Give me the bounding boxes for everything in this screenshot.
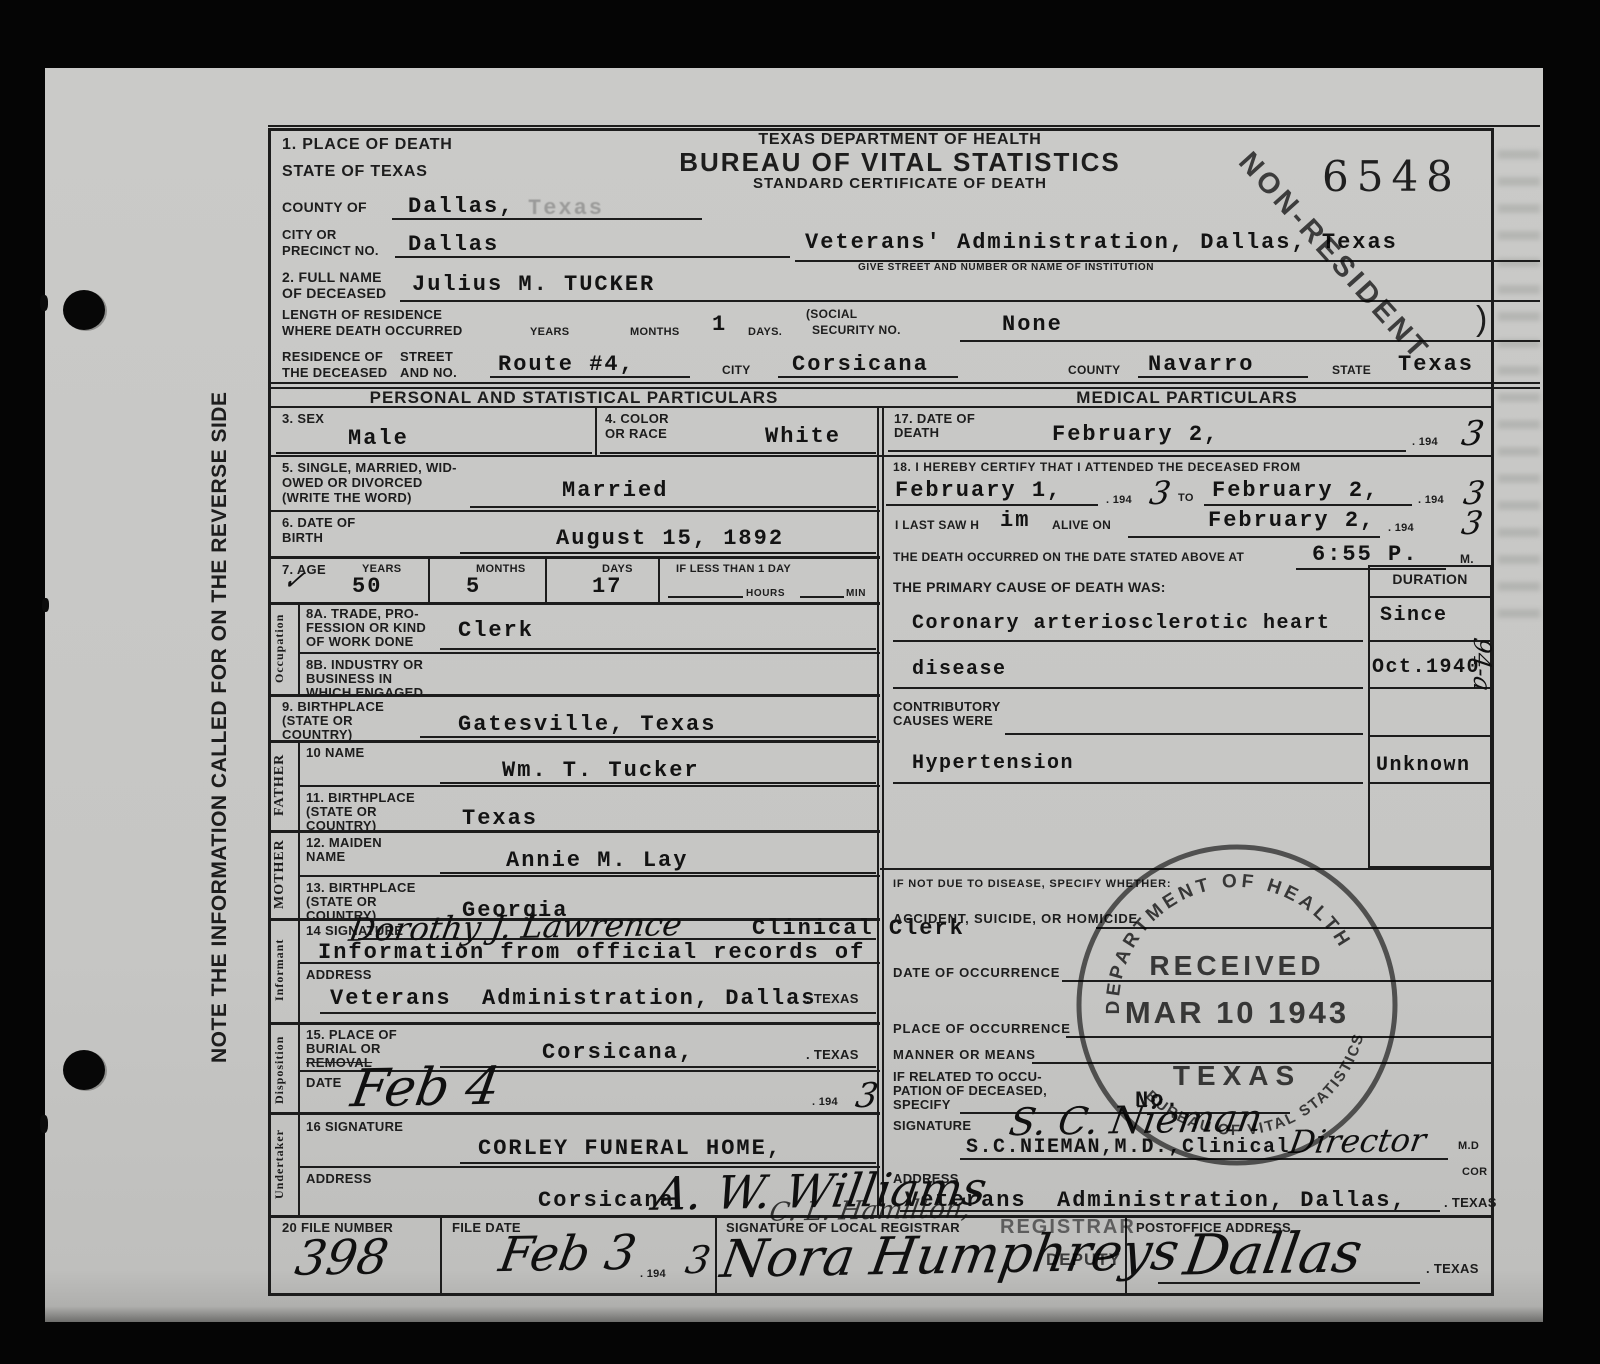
sex-value: Male [348,426,409,451]
physician-signature-label: SIGNATURE [893,1119,971,1134]
birth-date-label-2: BIRTH [282,531,323,546]
field-line [893,782,1363,784]
duration-value-1: Since [1380,604,1448,627]
row-divider [268,556,880,559]
full-name-label-2: OF DECEASED [282,286,386,302]
side-strip-divider [298,740,300,1215]
county-ghost-value: Texas [528,196,604,221]
death-date-value: February 2, [1052,422,1219,447]
received-stamp-bottom-arc: BUREAU OF VITAL STATISTICS [1140,1027,1387,1167]
cause-value-1: Coronary arteriosclerotic heart [912,612,1331,635]
attended-to-value: February 2, [1212,478,1379,503]
age-checkmark: ✓ [281,566,308,596]
state-of-texas-label: STATE OF TEXAS [282,163,428,181]
registrar-stamp: REGISTRAR [1000,1216,1136,1239]
street-label-2: AND NO. [400,366,457,381]
field-line [276,452,592,454]
informant-address-label: ADDRESS [306,968,372,983]
field-line [320,1012,876,1014]
row-divider [1368,596,1492,598]
residence-of-label-2: THE DECEASED [282,366,387,381]
column-divider [882,406,884,1215]
row-divider [1368,735,1492,737]
row-divider [298,652,880,654]
death-time-value: 6:55 P. [1312,542,1418,567]
field-line [1128,536,1380,538]
duration-value-3: Unknown [1376,754,1471,777]
city2-value: Corsicana [792,352,929,377]
occupation-related-label-3: SPECIFY [893,1098,951,1113]
field-line [1005,733,1363,735]
age-min-label: MIN [846,588,866,599]
field-line [960,340,1540,342]
death-year-printed: . 194 [1412,436,1438,448]
trade-label-3: OF WORK DONE [306,635,414,650]
manner-means-label: MANNER OR MEANS [893,1048,1036,1063]
county2-label: COUNTY [1068,364,1120,377]
residence-length-label-2: WHERE DEATH OCCURRED [282,324,463,339]
undertaker-value: CORLEY FUNERAL HOME, [478,1136,782,1161]
social-value: None [1002,312,1063,337]
received-stamp: DEPARTMENT OF HEALTH BUREAU OF VITAL STA… [1067,835,1407,1175]
margin-handwritten-code: 94-a [1468,636,1496,693]
marital-value: Married [562,478,668,503]
section-divider [268,382,1540,384]
file-number-value: 398 [291,1229,392,1287]
duration-label: DURATION [1368,572,1492,588]
county-value: Dallas, [408,194,514,219]
row-divider [298,875,880,877]
full-name-label-1: 2. FULL NAME [282,270,382,286]
file-year-printed: . 194 [640,1268,666,1280]
street-label-1: STREET [400,350,453,365]
age-years-value: 50 [352,574,382,599]
state2-label: STATE [1332,364,1371,377]
city-value: Dallas [408,232,499,257]
field-line [470,506,876,508]
deputy-stamp: DEPUTY [1046,1250,1121,1270]
field-line [893,640,1363,642]
marital-label-2: OWED OR DIVORCED [282,476,423,491]
field-line [886,504,1098,506]
maiden-value: Annie M. Lay [506,848,688,873]
margin-note: NOTE THE INFORMATION CALLED FOR ON THE R… [208,320,232,1135]
row-divider [298,785,880,787]
band-medical: MEDICAL PARTICULARS [880,388,1494,407]
age-hours-label: HOURS [746,588,785,599]
field-line [1204,504,1412,506]
attended-from-194: . 194 [1106,494,1132,506]
cell-divider [658,556,660,602]
burial-place-value: Corsicana, [542,1040,694,1065]
social-label-2: SECURITY NO. [812,324,901,337]
row-divider [880,455,1494,457]
father-name-value: Wm. T. Tucker [502,758,700,783]
county2-value: Navarro [1148,352,1254,377]
header-bureau: BUREAU OF VITAL STATISTICS [640,148,1160,177]
edge-speck [40,1115,48,1133]
field-line [600,452,876,454]
undertaker-signature-label: 16 SIGNATURE [306,1120,403,1135]
row-divider [268,510,880,512]
contributory-label-2: CAUSES WERE [893,714,993,729]
received-stamp-line2: MAR 10 1943 [1125,995,1349,1030]
father-name-label: 10 NAME [306,746,364,761]
birth-date-label-1: 6. DATE OF [282,516,356,531]
last-saw-pre-label: I LAST SAW H [895,519,979,532]
marital-label-1: 5. SINGLE, MARRIED, WID- [282,461,457,476]
hole-punch [63,1050,105,1090]
color-value: White [765,424,841,449]
side-label-informant: Informant [272,920,287,1020]
place-occurrence-label: PLACE OF OCCURRENCE [893,1022,1071,1037]
last-saw-post-label: ALIVE ON [1052,519,1111,532]
last-saw-im-typed: im [1000,508,1030,533]
burial-date-handwritten: Feb 4 [347,1057,504,1120]
full-name-value: Julius M. TUCKER [412,272,655,297]
undertaker-address-label: ADDRESS [306,1172,372,1187]
color-label-2: OR RACE [605,427,667,442]
burial-place-state: . TEXAS [806,1048,859,1063]
row-divider [268,1022,880,1025]
side-label-father: FATHER [272,742,288,828]
row-divider [268,740,880,743]
age-less-label: IF LESS THAN 1 DAY [676,563,791,575]
informant-address-value: Veterans Administration, Dallas [330,986,816,1011]
city-label-1: CITY OR [282,228,337,243]
burial-date-label: DATE [306,1076,342,1091]
row-divider [1368,782,1492,784]
undertaker-address-signature: A. W. Williams [650,1161,990,1221]
years-label: YEARS [530,326,569,338]
age-months-label: MONTHS [476,563,525,575]
contributory-value: Hypertension [912,752,1074,775]
field-line [668,596,743,598]
header-subtitle: STANDARD CERTIFICATE OF DEATH [660,176,1140,193]
trade-value: Clerk [458,618,534,643]
certificate-number: 6548 [1322,152,1461,201]
sex-label: 3. SEX [282,412,324,427]
cause-value-2: disease [912,658,1007,681]
cell-divider [545,556,547,602]
field-line [440,648,876,650]
side-strip-divider [298,602,300,694]
last-saw-194: . 194 [1388,522,1414,534]
received-stamp-line3: TEXAS [1173,1060,1301,1091]
residence-length-label-1: LENGTH OF RESIDENCE [282,308,442,323]
attended-to-label: TO [1178,492,1194,504]
edge-speck [40,295,48,311]
field-line [888,450,1406,452]
side-label-disposition: Disposition [272,1024,287,1116]
side-label-occupation: Occupation [272,604,287,692]
field-1-label: 1. PLACE OF DEATH [282,136,453,154]
age-months-value: 5 [466,574,481,599]
edge-speck [42,598,49,612]
informant-title-value: Clinical Clerk [752,916,965,941]
county-label: COUNTY OF [282,200,367,216]
death-date-label-2: DEATH [894,426,939,441]
field-line [893,687,1363,689]
received-stamp-line1: RECEIVED [1149,950,1324,981]
burial-year-printed: . 194 [812,1096,838,1108]
md-label: M.D [1458,1140,1479,1152]
duration-value-2: Oct.1940 [1372,656,1480,679]
cell-divider [428,556,430,602]
social-label-1: (SOCIAL [806,308,857,321]
field-line [440,1066,876,1068]
band-personal: PERSONAL AND STATISTICAL PARTICULARS [268,388,880,407]
death-time-m-label: M. [1460,553,1474,566]
date-occurrence-label: DATE OF OCCURRENCE [893,966,1060,981]
days-label: DAYS. [748,326,782,338]
city2-label: CITY [722,364,751,377]
row-divider [268,602,880,605]
hole-punch [63,290,105,330]
institution-hint: GIVE STREET AND NUMBER OR NAME OF INSTIT… [858,262,1154,273]
row-divider [268,455,880,457]
field-line [268,125,1540,127]
informant-signature-handwritten: Dorothy J. Lawrence [346,905,684,949]
primary-cause-label: THE PRIMARY CAUSE OF DEATH WAS: [893,580,1166,596]
paper-bottom-shadow [45,1306,1543,1322]
father-birthplace-label-3: COUNTRY) [306,819,377,834]
cell-divider [595,406,597,455]
field-line [460,552,876,554]
cell-divider [440,1215,442,1296]
physician-address-state: . TEXAS [1444,1196,1497,1211]
street-value: Route #4, [498,352,635,377]
side-label-undertaker: Undertaker [272,1116,287,1212]
closing-paren: ) [1476,300,1488,338]
birthplace-label-3: COUNTRY) [282,728,353,743]
father-birthplace-value: Texas [462,806,538,831]
certify-label: 18. I HEREBY CERTIFY THAT I ATTENDED THE… [893,461,1301,474]
death-occurred-label: THE DEATH OCCURRED ON THE DATE STATED AB… [893,551,1244,564]
last-saw-date-value: February 2, [1208,508,1375,533]
maiden-label-2: NAME [306,850,345,865]
side-label-mother: MOTHER [272,832,288,916]
scanned-death-certificate: NOTE THE INFORMATION CALLED FOR ON THE R… [0,0,1600,1364]
cor-label: COR [1462,1166,1487,1178]
marital-label-3: (WRITE THE WORD) [282,491,412,506]
birthplace-value: Gatesville, Texas [458,712,716,737]
attended-to-194: . 194 [1418,494,1444,506]
days-value: 1 [712,312,727,337]
reverse-side-bleed-through [1498,150,1540,630]
age-days-value: 17 [592,574,622,599]
color-label-1: 4. COLOR [605,412,669,427]
file-date-value: Feb 3 [495,1225,640,1283]
postoffice-value: Dallas [1180,1220,1367,1288]
birth-date-value: August 15, 1892 [556,526,784,551]
city-label-2: PRECINCT NO. [282,244,379,259]
field-line [800,596,844,598]
residence-of-label-1: RESIDENCE OF [282,350,383,365]
postoffice-state: . TEXAS [1426,1262,1479,1277]
attended-from-value: February 1, [895,478,1062,503]
months-label: MONTHS [630,326,679,338]
